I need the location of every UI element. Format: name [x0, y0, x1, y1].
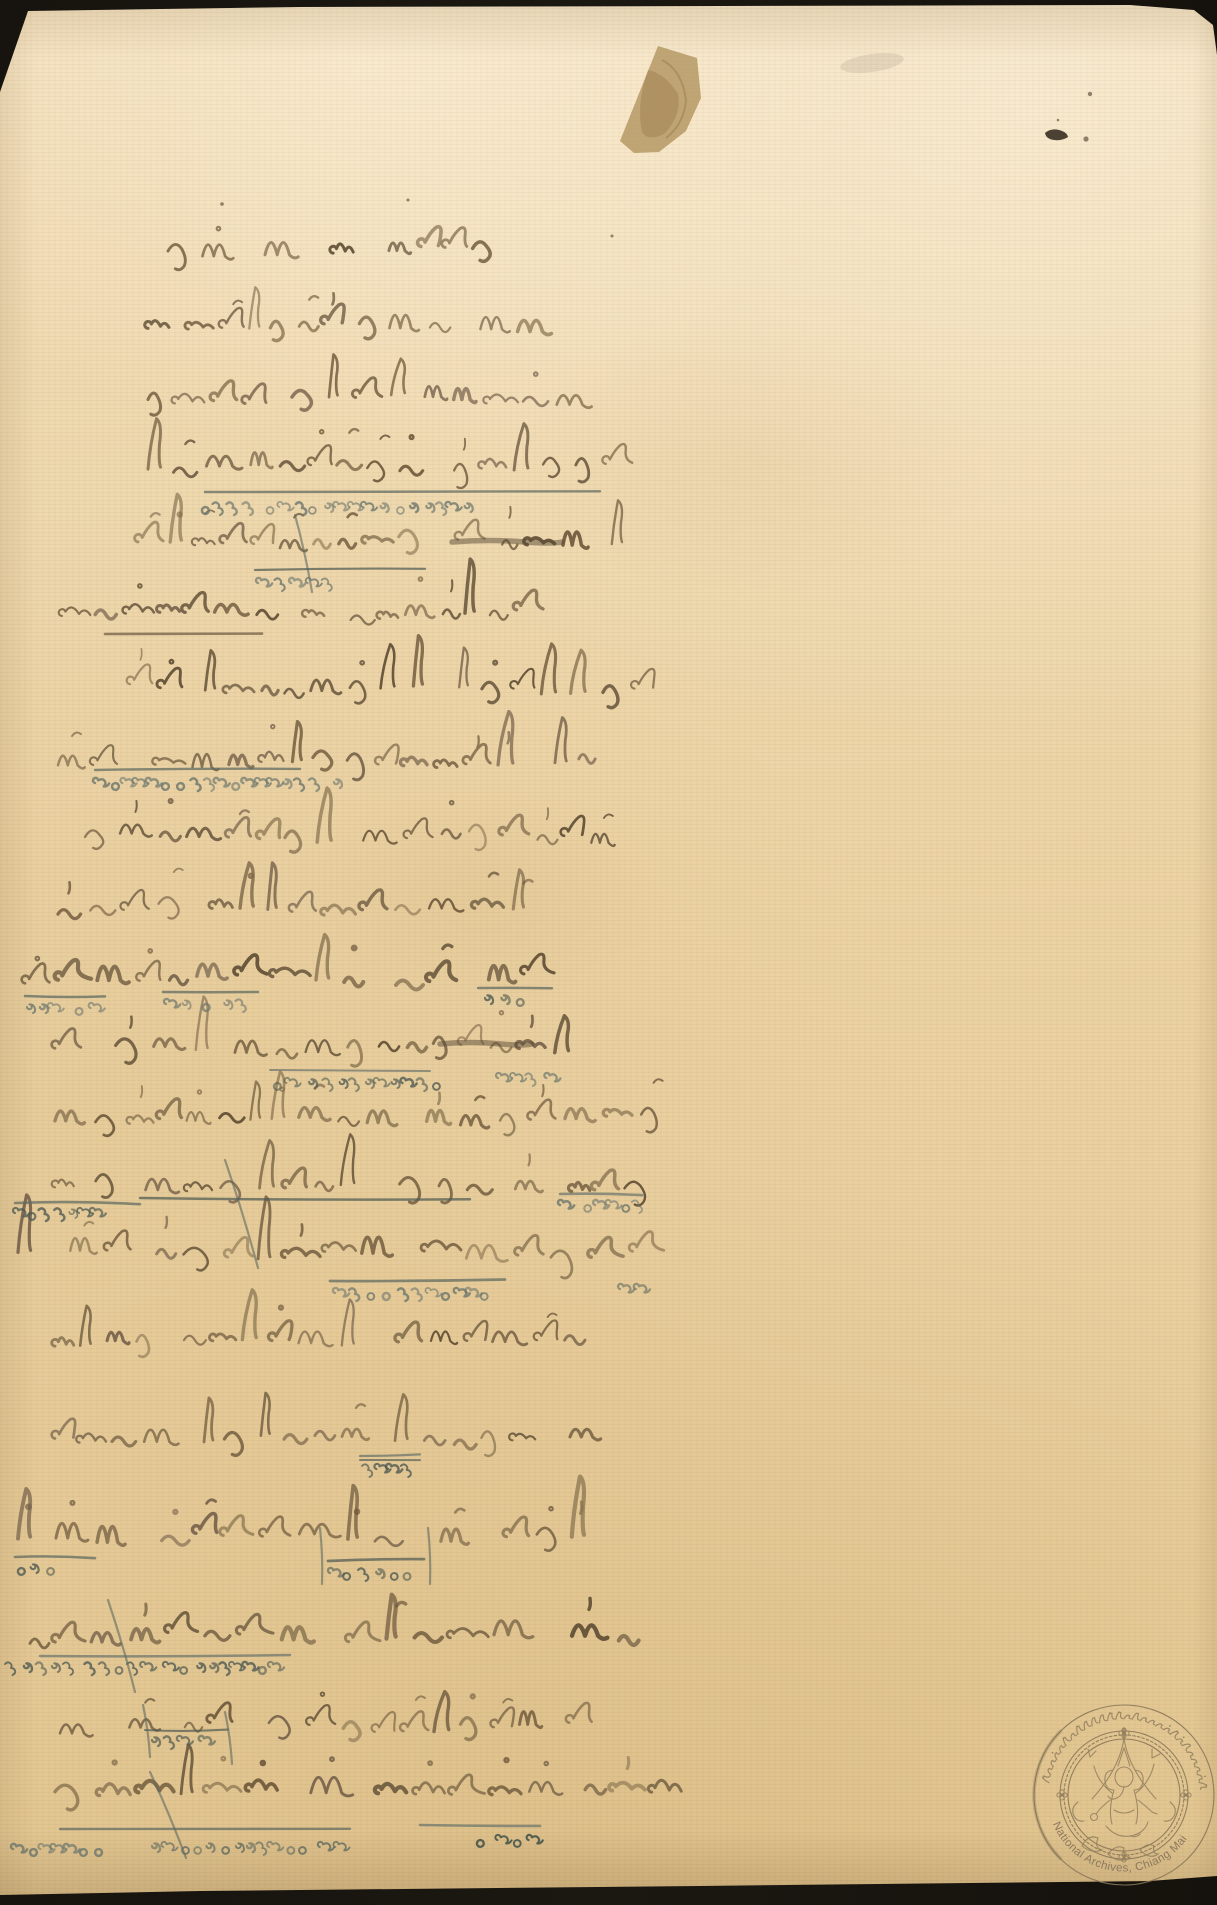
annotation-numeral	[152, 1843, 160, 1852]
archive-seal-stamp: National Archives, Chiang Mai	[1034, 1705, 1214, 1885]
ganesha-arm-lower-right	[1138, 1800, 1157, 1814]
annotation-numeral	[525, 1073, 535, 1086]
handwriting-diacritic	[271, 725, 275, 729]
annotation-numeral	[164, 999, 180, 1008]
handwriting-stroke	[329, 355, 338, 398]
handwriting-stroke	[129, 1719, 160, 1730]
seal-thai-glyph-mark	[1170, 1729, 1180, 1739]
annotation-numeral	[445, 502, 461, 511]
handwriting-diacritic	[548, 1314, 557, 1318]
handwriting-stroke	[299, 1108, 330, 1121]
handwriting-stroke	[184, 1336, 206, 1345]
seal-thai-diacritic-dot	[1204, 1775, 1206, 1777]
handwriting-stroke	[257, 610, 278, 619]
handwriting-diacritic	[438, 1093, 439, 1104]
handwriting-stroke	[209, 1334, 235, 1341]
annotation-numeral	[63, 1662, 73, 1675]
handwriting-stroke	[172, 394, 205, 404]
handwriting-stroke	[181, 1745, 192, 1794]
handwriting-diacritic	[261, 1761, 265, 1765]
handwriting-stroke	[603, 686, 618, 708]
handwriting-stroke	[289, 892, 316, 912]
annotation-underline	[330, 1280, 505, 1282]
handwriting-stroke	[306, 1705, 335, 1725]
handwriting-stroke	[269, 968, 310, 976]
handwriting-stroke	[127, 1116, 154, 1124]
handwriting-stroke	[372, 1712, 395, 1732]
annotation-numeral	[294, 778, 304, 791]
handwriting-diacritic	[233, 301, 242, 305]
handwriting-stroke	[424, 1436, 445, 1445]
handwriting-stroke	[220, 523, 247, 543]
handwriting-stroke	[203, 245, 234, 260]
handwriting-stroke	[321, 905, 356, 915]
handwriting-stroke	[503, 1517, 529, 1537]
annotation-numeral	[544, 1073, 560, 1082]
handwriting-stroke	[250, 1082, 260, 1120]
handwriting-stroke	[513, 870, 523, 909]
handwriting-stroke	[313, 751, 332, 770]
handwriting-stroke	[205, 1631, 230, 1640]
handwriting-stroke	[395, 1322, 422, 1342]
handwriting-stroke	[184, 1182, 212, 1191]
handwriting-stroke	[285, 689, 304, 698]
handwriting-stroke	[400, 466, 423, 475]
seal-thai-glyph-mark	[1042, 1774, 1050, 1782]
handwriting-stroke	[311, 680, 341, 694]
handwriting-stroke	[459, 648, 468, 688]
handwriting-diacritic	[455, 1509, 464, 1513]
seal-thai-glyph-mark	[1163, 1726, 1171, 1733]
annotation-numeral	[481, 1293, 488, 1300]
handwriting-stroke	[343, 1722, 360, 1741]
annotation-numeral	[527, 1835, 543, 1844]
handwriting-stroke	[571, 650, 586, 693]
annotation-numeral	[84, 1662, 94, 1675]
handwriting-stroke	[557, 395, 592, 407]
handwriting-stroke	[52, 1029, 81, 1049]
seal-thai-glyph-mark	[1069, 1732, 1077, 1740]
handwriting-stroke	[135, 522, 164, 542]
handwriting-stroke	[490, 611, 508, 620]
handwriting-stroke	[219, 308, 244, 328]
annotation-numeral	[99, 1662, 109, 1675]
handwriting-diacritic	[604, 814, 613, 818]
annotation-numeral	[11, 1844, 27, 1853]
handwriting-diacritic	[544, 1762, 548, 1766]
handwriting-stroke	[509, 1434, 535, 1441]
handwriting-stroke	[282, 1168, 306, 1188]
handwriting-stroke	[359, 317, 374, 339]
handwriting-stroke	[467, 1185, 492, 1194]
annotation-numeral	[584, 1205, 591, 1212]
annotation-numeral	[383, 1293, 390, 1300]
handwriting-stroke	[80, 1306, 90, 1346]
handwriting-stroke	[362, 1237, 393, 1256]
handwriting-diacritic	[509, 507, 510, 518]
handwriting-stroke	[210, 381, 237, 401]
handwriting-stroke	[280, 462, 304, 471]
handwriting-diacritic	[349, 429, 358, 433]
handwriting-stroke	[184, 1248, 208, 1271]
handwriting-stroke	[330, 244, 353, 253]
handwriting-stroke	[415, 1633, 442, 1642]
seal-thai-diacritic-dot	[1051, 1752, 1053, 1754]
handwriting-diacritic	[489, 873, 498, 877]
seal-thai-glyph-mark	[1082, 1720, 1091, 1729]
handwriting-stroke	[510, 669, 534, 689]
handwriting-stroke	[52, 1419, 75, 1439]
handwriting-stroke	[259, 1517, 290, 1537]
handwriting-stroke	[160, 832, 180, 841]
handwriting-stroke	[395, 1394, 407, 1440]
annotation-numeral	[398, 1288, 408, 1301]
handwriting-stroke	[471, 899, 503, 908]
handwriting-stroke	[192, 538, 215, 545]
handwriting-stroke	[523, 397, 548, 406]
handwriting-diacritic	[542, 1085, 543, 1096]
handwriting-diacritic	[309, 296, 318, 300]
handwriting-stroke	[256, 819, 279, 839]
handwriting-stroke	[603, 1109, 632, 1116]
seal-flower	[1181, 1790, 1191, 1800]
annotation-numeral	[76, 1008, 83, 1015]
handwriting-stroke	[165, 1613, 198, 1633]
annotation-numeral	[397, 507, 404, 514]
annotation-numeral	[95, 1849, 102, 1856]
seal-thai-glyph-mark	[1074, 1725, 1084, 1735]
handwriting-diacritic	[217, 227, 221, 231]
annotation-numeral	[333, 1288, 349, 1297]
handwriting-diacritic	[207, 1500, 216, 1504]
annotation-numeral	[202, 507, 209, 514]
annotation-numeral	[426, 503, 434, 512]
handwriting-stroke	[242, 384, 266, 404]
handwriting-stroke	[251, 524, 274, 544]
handwriting-diacritic	[380, 435, 389, 439]
handwriting-stroke	[347, 754, 363, 780]
handwriting-stroke	[268, 863, 277, 910]
annotation-numeral	[180, 1667, 187, 1674]
handwriting-stroke	[612, 500, 622, 544]
handwriting-stroke	[362, 536, 393, 543]
handwriting-stroke	[127, 664, 153, 684]
annotation-numeral	[502, 995, 510, 1004]
annotation-numeral	[358, 1568, 368, 1581]
annotation-underline	[145, 1730, 228, 1731]
annotation-numeral	[287, 1847, 294, 1854]
handwriting-diacritic	[356, 1404, 365, 1408]
annotation-numeral	[322, 1078, 332, 1091]
annotation-numeral	[116, 1667, 123, 1674]
seal-thai-glyph-mark	[1089, 1717, 1098, 1726]
seal-thai-glyph-mark	[1132, 1713, 1140, 1721]
handwriting-stroke	[265, 243, 298, 258]
handwriting-stroke	[433, 1037, 446, 1059]
handwriting-stroke	[555, 1016, 569, 1053]
handwriting-stroke	[339, 539, 356, 548]
annotation-numeral	[203, 1004, 210, 1011]
handwriting-diacritic	[627, 1758, 628, 1769]
handwriting-stroke	[52, 1622, 85, 1642]
annotation-numeral	[283, 779, 291, 788]
handwriting-stroke	[203, 1783, 241, 1792]
annotation-numeral	[318, 1842, 334, 1851]
handwriting-stroke	[481, 1431, 495, 1456]
annotation-numeral	[199, 1736, 215, 1745]
handwriting-stroke	[240, 863, 253, 908]
handwriting-stroke	[375, 1784, 406, 1793]
handwriting-stroke	[619, 1636, 639, 1645]
annotation-numeral	[213, 502, 223, 515]
handwriting-stroke	[137, 1335, 149, 1357]
handwriting-stroke	[187, 828, 221, 840]
annotation-underline	[328, 1559, 424, 1561]
handwriting-diacritic	[416, 1696, 425, 1700]
handwriting-stroke	[168, 244, 185, 269]
handwriting-stroke	[223, 685, 254, 693]
seal-thai-glyph-mark	[1191, 1758, 1198, 1766]
handwriting-stroke	[434, 1692, 449, 1732]
annotation-underline	[15, 1556, 95, 1558]
annotation-underline	[25, 996, 105, 997]
handwriting-stroke	[565, 1109, 595, 1122]
handwriting-diacritic	[135, 801, 136, 812]
annotation-numeral	[392, 1079, 400, 1088]
handwriting-diacritic	[174, 1510, 178, 1514]
annotation-numeral	[340, 1079, 348, 1088]
handwriting-stroke	[418, 227, 441, 247]
handwriting-diacritic	[419, 577, 423, 581]
handwriting-stroke	[285, 831, 301, 852]
handwriting-stroke	[123, 604, 154, 613]
handwriting-stroke	[565, 1336, 585, 1345]
handwriting-stroke	[585, 1785, 605, 1794]
handwriting-stroke	[551, 1251, 572, 1278]
handwriting-stroke	[387, 1595, 396, 1639]
annotation-numeral	[333, 1842, 349, 1851]
annotation-numeral	[30, 1849, 37, 1856]
annotation-numeral	[349, 1078, 359, 1091]
annotation-numeral	[163, 1662, 179, 1671]
handwriting-stroke	[443, 610, 460, 619]
handwriting-diacritic	[508, 732, 509, 743]
handwriting-stroke	[442, 228, 467, 248]
annotation-numeral	[232, 783, 239, 790]
handwriting-stroke	[473, 242, 491, 262]
handwriting-stroke	[480, 317, 509, 332]
seal-thai-glyph-mark	[1058, 1744, 1065, 1752]
handwriting-stroke	[341, 1134, 354, 1185]
handwriting-diacritic	[471, 1695, 475, 1699]
ganesha-cloud-left	[1082, 1837, 1102, 1851]
handwriting-stroke	[96, 1784, 130, 1796]
handwriting-diacritic	[170, 660, 174, 664]
handwriting-stroke	[514, 424, 528, 470]
handwriting-stroke	[454, 389, 476, 403]
annotation-numeral	[47, 1568, 54, 1575]
annotation-numeral	[222, 1847, 229, 1854]
handwriting-stroke	[56, 1523, 88, 1541]
handwriting-stroke	[192, 1514, 216, 1534]
handwriting-stroke	[381, 644, 395, 688]
handwriting-stroke	[157, 1249, 176, 1258]
handwriting-stroke	[538, 835, 558, 844]
handwriting-stroke	[234, 955, 267, 975]
handwriting-stroke	[299, 322, 318, 331]
handwriting-stroke	[120, 825, 152, 837]
ganesha-swirl-left	[1073, 1802, 1084, 1821]
handwriting-diacritic	[113, 1761, 117, 1765]
annotation-numeral	[477, 1840, 484, 1847]
handwriting-diacritic	[549, 1507, 553, 1511]
annotation-underline	[40, 1655, 290, 1656]
annotation-numeral	[374, 1078, 390, 1087]
handwriting-stroke	[236, 1614, 273, 1634]
handwriting-stroke	[555, 718, 566, 763]
annotation-numeral	[194, 1847, 201, 1854]
handwriting-stroke	[277, 1049, 297, 1058]
handwriting-stroke	[152, 758, 185, 765]
handwriting-stroke	[96, 1174, 113, 1197]
seal-thai-glyph-mark	[1176, 1737, 1184, 1745]
handwriting-stroke	[249, 287, 259, 328]
seal-text-band-inner-ring	[1060, 1731, 1188, 1859]
annotation-numeral	[69, 1209, 77, 1218]
seal-thai-glyph-mark	[1047, 1767, 1053, 1775]
annotation-numeral	[485, 995, 493, 1004]
annotation-numeral	[190, 778, 200, 791]
handwriting-stroke	[292, 390, 311, 410]
handwriting-stroke	[405, 606, 434, 618]
handwriting-stroke	[70, 1238, 96, 1254]
handwriting-stroke	[543, 458, 559, 477]
seal-flower	[1119, 1728, 1129, 1738]
handwriting-stroke	[482, 682, 499, 702]
handwriting-stroke	[641, 1108, 657, 1132]
handwriting-stroke	[375, 1537, 403, 1546]
annotation-numeral	[177, 1736, 193, 1745]
annotation-numeral	[322, 578, 332, 591]
handwriting-stroke	[185, 322, 213, 329]
handwriting-stroke	[107, 1332, 129, 1344]
handwriting-diacritic	[130, 1017, 131, 1028]
handwriting-diacritic	[166, 1217, 167, 1228]
annotation-numeral	[558, 1200, 574, 1209]
handwriting-diacritic	[443, 945, 452, 949]
annotation-strikethrough	[440, 1043, 532, 1046]
paper-marks	[220, 46, 1092, 238]
handwriting-stroke	[97, 967, 129, 984]
annotation-numeral	[401, 1078, 417, 1087]
handwriting-stroke	[489, 1787, 521, 1795]
annotation-numeral	[412, 1288, 422, 1301]
handwriting-diacritic	[140, 649, 141, 660]
annotation-numeral	[36, 1662, 46, 1675]
handwriting-stroke	[112, 1437, 136, 1446]
handwriting-stroke	[224, 1432, 242, 1455]
paper-speck	[407, 199, 410, 202]
annotation-numeral	[299, 1847, 306, 1854]
annotation-numeral	[275, 578, 285, 591]
seal-thai-diacritic-dot	[1169, 1725, 1171, 1727]
handwriting-stroke	[159, 897, 179, 918]
handwriting-stroke	[154, 1039, 185, 1050]
annotation-underline	[15, 1202, 140, 1204]
handwriting-stroke	[350, 681, 365, 703]
handwriting-diacritic	[348, 514, 357, 518]
handwriting-stroke	[156, 1099, 181, 1119]
annotation-numeral	[227, 502, 237, 515]
annotation-numeral	[214, 778, 230, 787]
annotation-numeral	[243, 502, 253, 515]
handwriting-stroke	[144, 1430, 178, 1445]
annotation-underline	[140, 1198, 470, 1200]
handwriting-stroke	[515, 1181, 542, 1192]
handwriting-diacritic	[529, 1154, 530, 1165]
handwriting-diacritic	[352, 946, 356, 950]
ink-blot	[1045, 129, 1068, 140]
ganesha-head	[1115, 1767, 1133, 1787]
seal-thai-glyph-mark	[1182, 1741, 1192, 1751]
handwriting-stroke	[591, 1170, 618, 1190]
handwriting-stroke	[566, 1703, 592, 1723]
handwriting-stroke	[131, 1629, 159, 1643]
handwriting-diacritic	[198, 1090, 202, 1094]
annotation-numeral	[140, 1662, 156, 1671]
handwriting-stroke	[209, 900, 232, 909]
handwriting-stroke	[314, 540, 331, 549]
handwriting-diacritic	[141, 1086, 142, 1097]
annotation-numeral	[309, 778, 319, 791]
annotation-underline	[360, 1454, 420, 1456]
handwriting-diacritic	[547, 808, 548, 819]
handwriting-stroke	[434, 760, 457, 768]
handwriting-diacritic	[222, 1757, 226, 1761]
handwriting-stroke	[116, 1039, 136, 1063]
handwriting-diacritic	[84, 1222, 93, 1226]
annotation-numeral	[183, 1000, 191, 1009]
handwriting-stroke	[413, 1783, 445, 1794]
annotation-numeral	[381, 503, 389, 512]
handwriting-diacritic	[279, 1306, 283, 1310]
handwriting-stroke	[315, 1431, 335, 1440]
handwriting-stroke	[363, 831, 396, 844]
handwriting-stroke	[97, 1527, 125, 1546]
handwriting-stroke	[22, 964, 50, 984]
handwriting-stroke	[215, 605, 249, 616]
ganesha-ear-left	[1105, 1770, 1114, 1790]
handwriting-stroke	[518, 320, 552, 334]
annotation-slash	[108, 1600, 135, 1692]
annotation-numeral	[634, 1284, 650, 1293]
handwriting-stroke	[342, 1429, 369, 1440]
annotation-numeral	[89, 1003, 105, 1012]
handwriting-stroke	[352, 378, 381, 398]
handwriting-stroke	[427, 1110, 451, 1124]
handwriting-stroke	[30, 1639, 49, 1648]
handwriting-stroke	[494, 1621, 533, 1638]
handwriting-diacritic	[475, 1096, 484, 1100]
handwriting-stroke	[60, 1725, 93, 1737]
annotation-numeral	[442, 1293, 449, 1300]
ganesha-arm-lower-left	[1096, 1800, 1110, 1814]
annotation-numeral	[24, 1663, 32, 1672]
seal-thai-glyph-mark	[1199, 1782, 1207, 1790]
seal-inner-ring	[1068, 1739, 1180, 1851]
handwriting-stroke	[311, 1777, 353, 1796]
handwriting-stroke	[96, 1115, 114, 1135]
